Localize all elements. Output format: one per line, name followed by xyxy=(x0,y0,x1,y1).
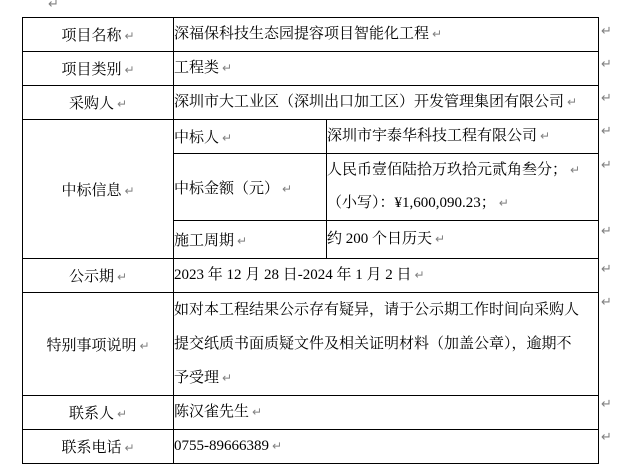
value-text: 工程类 xyxy=(174,60,219,76)
paragraph-mark: ↵ xyxy=(124,29,134,43)
row-label-special-notes: 特别事项说明↵ xyxy=(23,293,174,396)
value-construction-period: 约 200 个日历天↵ xyxy=(327,221,599,259)
label-text: 采购人 xyxy=(69,96,114,112)
value-text: 0755-89666389 xyxy=(174,438,269,454)
value-publicity-period: 2023 年 12 月 28 日-2024 年 1 月 2 日↵ xyxy=(174,259,599,293)
value-bid-winner: 深圳市宇泰华科技工程有限公司↵ xyxy=(327,120,599,154)
value-text: 深圳市宇泰华科技工程有限公司 xyxy=(327,128,537,144)
paragraph-mark: ↵ xyxy=(540,129,550,143)
row-label-bid-amount: 中标金额（元）↵ xyxy=(174,154,327,221)
label-text: 联系人 xyxy=(69,406,114,422)
paragraph-mark: ↵ xyxy=(222,131,232,145)
value-contact-phone: 0755-89666389↵ xyxy=(174,430,599,464)
row-label-bid-winner: 中标人↵ xyxy=(174,120,327,154)
label-text: 中标金额（元） xyxy=(174,181,279,197)
end-of-row-mark: ↵ xyxy=(601,91,612,106)
paragraph-mark: ↵ xyxy=(282,182,292,196)
row-label-bid-info: 中标信息↵ xyxy=(23,120,174,259)
row-label-purchaser: 采购人↵ xyxy=(23,86,174,120)
end-of-row-mark: ↵ xyxy=(601,158,612,173)
label-text: 施工周期 xyxy=(174,233,234,249)
table-row: 联系人↵ 陈汉雀先生↵ xyxy=(23,396,599,430)
paragraph-mark: ↵ xyxy=(48,0,59,12)
label-text: 中标信息 xyxy=(61,183,121,199)
table-row: 项目名称↵ 深福保科技生态园提容项目智能化工程↵ xyxy=(23,18,599,52)
end-of-row-mark: ↵ xyxy=(601,224,612,239)
paragraph-mark: ↵ xyxy=(272,439,282,453)
paragraph-mark: ↵ xyxy=(124,441,134,455)
value-text: 如对本工程结果公示存有疑异，请于公示期工作时间向采购人提交纸质书面质疑文件及相关… xyxy=(174,302,579,386)
paragraph-mark: ↵ xyxy=(117,270,127,284)
paragraph-mark: ↵ xyxy=(415,268,425,282)
value-text: 约 200 个日历天 xyxy=(327,231,432,247)
end-of-row-mark: ↵ xyxy=(601,57,612,72)
paragraph-mark: ↵ xyxy=(124,184,134,198)
paragraph-mark: ↵ xyxy=(567,95,577,109)
paragraph-mark: ↵ xyxy=(570,163,580,177)
paragraph-mark: ↵ xyxy=(499,196,509,210)
amount-in-figures: （小写）：¥1,600,090.23；↵ xyxy=(327,187,596,220)
value-text: 陈汉雀先生 xyxy=(174,404,249,420)
value-text: 2023 年 12 月 28 日-2024 年 1 月 2 日 xyxy=(174,267,412,283)
end-of-row-mark: ↵ xyxy=(601,24,612,39)
paragraph-mark: ↵ xyxy=(117,97,127,111)
table-row: 联系电话↵ 0755-89666389↵ xyxy=(23,430,599,464)
row-label-contact-person: 联系人↵ xyxy=(23,396,174,430)
row-label-project-name: 项目名称↵ xyxy=(23,18,174,52)
value-project-name: 深福保科技生态园提容项目智能化工程↵ xyxy=(174,18,599,52)
table-row: 项目类别↵ 工程类↵ xyxy=(23,52,599,86)
value-bid-amount: 人民币壹佰陆拾万玖拾元贰角叁分；↵ （小写）：¥1,600,090.23；↵ xyxy=(327,154,599,221)
paragraph-mark: ↵ xyxy=(432,27,442,41)
label-text: 公示期 xyxy=(69,269,114,285)
label-text: 特别事项说明 xyxy=(46,338,136,354)
table-row: 采购人↵ 深圳市大工业区（深圳出口加工区）开发管理集团有限公司↵ xyxy=(23,86,599,120)
value-project-category: 工程类↵ xyxy=(174,52,599,86)
row-label-construction-period: 施工周期↵ xyxy=(174,221,327,259)
row-label-project-category: 项目类别↵ xyxy=(23,52,174,86)
paragraph-mark: ↵ xyxy=(435,232,445,246)
bid-announcement-table: 项目名称↵ 深福保科技生态园提容项目智能化工程↵ 项目类别↵ 工程类↵ 采购人↵… xyxy=(22,17,599,464)
paragraph-mark: ↵ xyxy=(222,61,232,75)
label-text: 项目类别 xyxy=(61,62,121,78)
label-text: 项目名称 xyxy=(61,28,121,44)
table-row: 中标信息↵ 中标人↵ 深圳市宇泰华科技工程有限公司↵ xyxy=(23,120,599,154)
label-text: 联系电话 xyxy=(61,440,121,456)
paragraph-mark: ↵ xyxy=(117,407,127,421)
row-label-contact-phone: 联系电话↵ xyxy=(23,430,174,464)
value-text: 深圳市大工业区（深圳出口加工区）开发管理集团有限公司 xyxy=(174,94,564,110)
end-of-row-mark: ↵ xyxy=(601,124,612,139)
end-of-row-mark: ↵ xyxy=(601,430,612,445)
paragraph-mark: ↵ xyxy=(222,371,232,385)
label-text: 中标人 xyxy=(174,130,219,146)
end-of-row-mark: ↵ xyxy=(601,397,612,412)
value-contact-person: 陈汉雀先生↵ xyxy=(174,396,599,430)
paragraph-mark: ↵ xyxy=(252,405,262,419)
row-label-publicity-period: 公示期↵ xyxy=(23,259,174,293)
value-special-notes: 如对本工程结果公示存有疑异，请于公示期工作时间向采购人提交纸质书面质疑文件及相关… xyxy=(174,293,599,396)
value-text: 深福保科技生态园提容项目智能化工程 xyxy=(174,26,429,42)
value-purchaser: 深圳市大工业区（深圳出口加工区）开发管理集团有限公司↵ xyxy=(174,86,599,120)
paragraph-mark: ↵ xyxy=(237,234,247,248)
paragraph-mark: ↵ xyxy=(139,339,149,353)
table-row: 公示期↵ 2023 年 12 月 28 日-2024 年 1 月 2 日↵ xyxy=(23,259,599,293)
amount-in-words: 人民币壹佰陆拾万玖拾元贰角叁分；↵ xyxy=(327,154,596,187)
table-row: 特别事项说明↵ 如对本工程结果公示存有疑异，请于公示期工作时间向采购人提交纸质书… xyxy=(23,293,599,396)
document-page: ↵ 项目名称↵ 深福保科技生态园提容项目智能化工程↵ 项目类别↵ 工程类↵ 采购… xyxy=(0,0,618,475)
paragraph-mark: ↵ xyxy=(124,63,134,77)
end-of-row-mark: ↵ xyxy=(601,262,612,277)
end-of-row-mark: ↵ xyxy=(601,295,612,310)
